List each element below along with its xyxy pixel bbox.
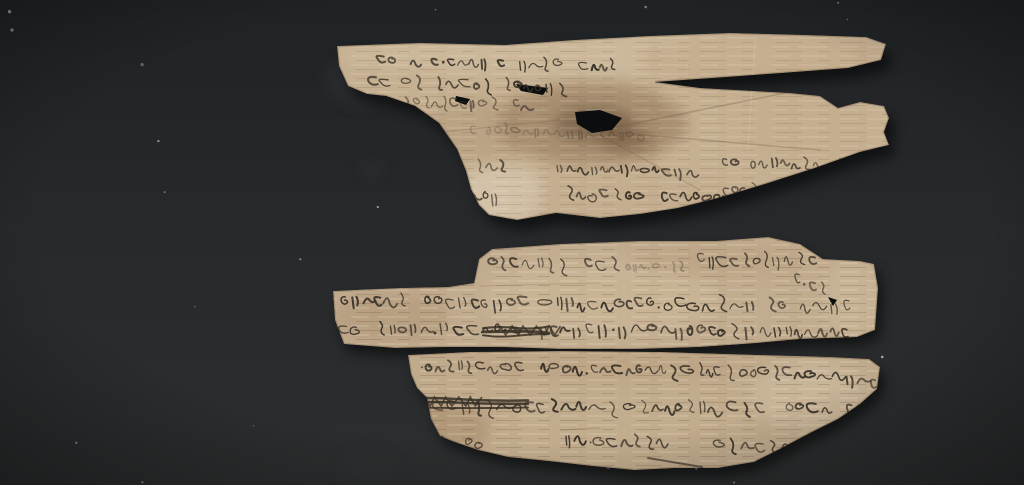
dust-speck	[141, 63, 144, 66]
ink-dot	[442, 61, 445, 64]
dust-speck	[644, 6, 647, 9]
backdrop-smudge	[338, 452, 398, 484]
dust-speck	[164, 191, 166, 193]
dust-speck	[733, 482, 735, 484]
photo-canvas	[0, 0, 1024, 485]
ink-dot	[612, 328, 614, 330]
ink-dot	[803, 283, 806, 286]
dust-speck	[75, 442, 77, 444]
dust-speck	[847, 19, 849, 21]
dust-speck	[253, 425, 255, 427]
ink-dot	[648, 268, 650, 270]
ink-dot	[585, 372, 588, 375]
ink-dot	[434, 332, 437, 335]
dust-speck	[377, 206, 379, 208]
dust-speck	[881, 356, 884, 359]
dust-speck	[435, 9, 436, 10]
dust-speck	[157, 140, 159, 142]
dust-speck	[837, 2, 839, 4]
dust-speck	[194, 306, 196, 308]
ink-dot	[421, 367, 423, 369]
ink-line-glyph	[626, 265, 630, 270]
dust-speck	[10, 28, 13, 31]
backdrop-smudge	[362, 163, 382, 177]
dust-speck	[299, 258, 301, 260]
dust-speck	[8, 10, 11, 13]
ink-dot	[664, 266, 666, 268]
manuscript-photograph	[0, 0, 1024, 485]
ink-dot	[658, 306, 660, 308]
ink-dot	[590, 441, 592, 443]
dust-speck	[141, 481, 143, 483]
